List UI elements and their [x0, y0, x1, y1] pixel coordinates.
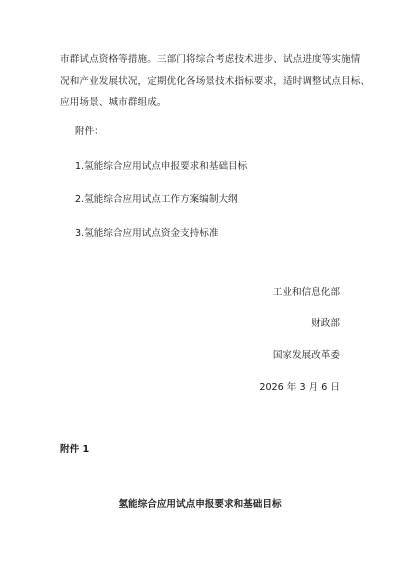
document-page: 市群试点资格等措施。三部门将综合考虑技术进步、试点进度等实施情 况和产业发展状况… [0, 0, 400, 565]
issuer-miit: 工业和信息化部 [273, 286, 340, 300]
attachment-item: 2.氢能综合应用试点工作方案编制大纲 [75, 193, 238, 207]
paragraph-line: 况和产业发展状况，定期优化各场景技术指标要求，适时调整试点目标、 [60, 71, 342, 93]
body-paragraph: 市群试点资格等措施。三部门将综合考虑技术进步、试点进度等实施情 况和产业发展状况… [60, 49, 342, 114]
annex-title: 氢能综合应用试点申报要求和基础目标 [0, 498, 400, 512]
paragraph-line: 应用场景、城市群组成。 [60, 92, 342, 114]
attachments-label: 附件： [75, 125, 104, 139]
issuer-mof: 财政部 [311, 317, 340, 331]
issue-date: 2026 年 3 月 6 日 [259, 381, 340, 395]
attachment-item: 3.氢能综合应用试点资金支持标准 [75, 227, 218, 241]
paragraph-line: 市群试点资格等措施。三部门将综合考虑技术进步、试点进度等实施情 [60, 49, 342, 71]
annex-heading: 附件 1 [60, 443, 89, 457]
attachment-item: 1.氢能综合应用试点申报要求和基础目标 [75, 160, 247, 174]
issuer-ndrc: 国家发展改革委 [273, 349, 340, 363]
